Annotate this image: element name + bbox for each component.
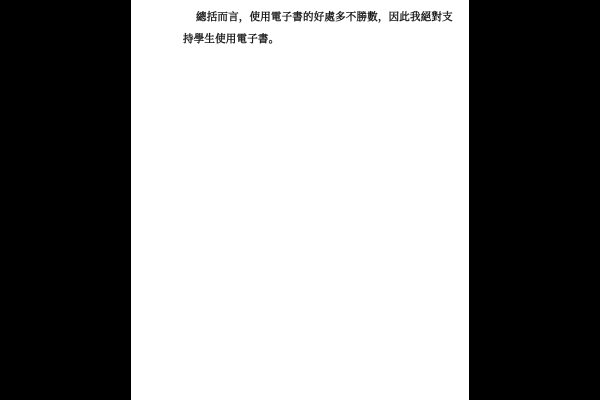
paragraph-line-2: 持學生使用電子書。: [183, 28, 443, 50]
paragraph-line-1: 總括而言，使用電子書的好處多不勝數，因此我絕對支: [183, 6, 443, 28]
conclusion-paragraph: 總括而言，使用電子書的好處多不勝數，因此我絕對支 持學生使用電子書。: [183, 6, 443, 50]
document-viewer: 總括而言，使用電子書的好處多不勝數，因此我絕對支 持學生使用電子書。: [0, 0, 600, 400]
document-page: 總括而言，使用電子書的好處多不勝數，因此我絕對支 持學生使用電子書。: [131, 0, 469, 400]
